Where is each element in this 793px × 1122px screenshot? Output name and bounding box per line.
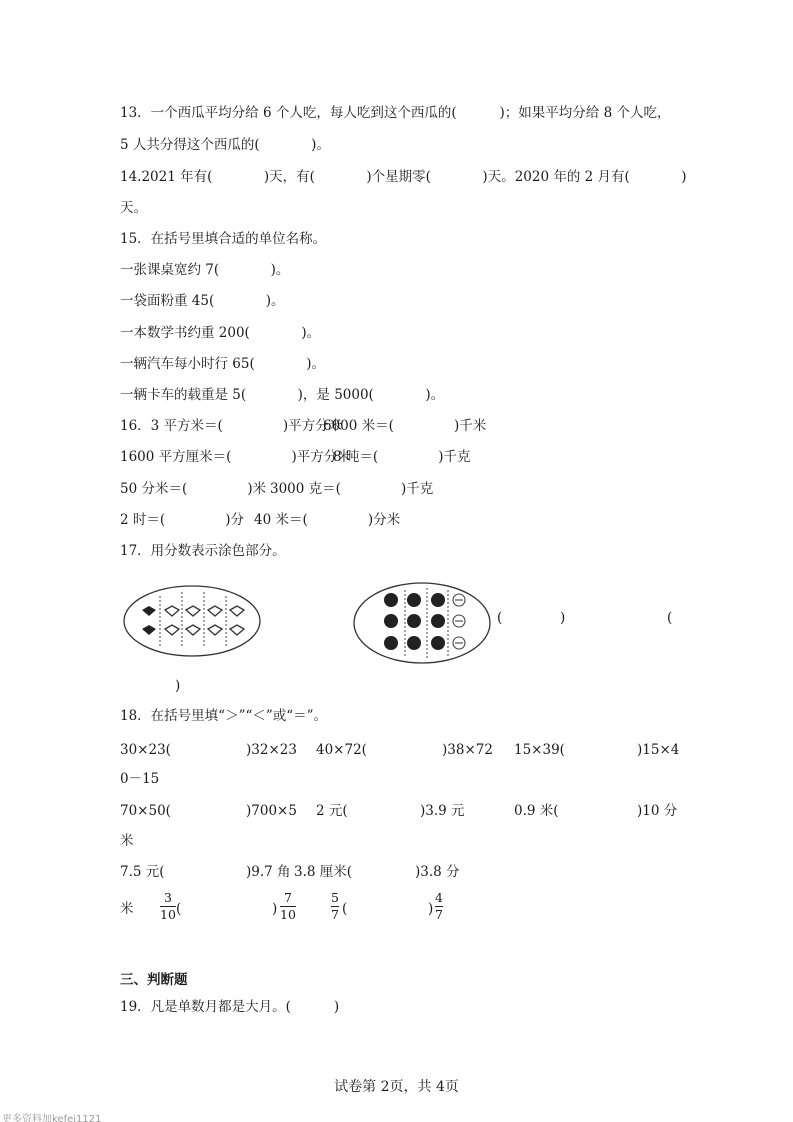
q17-blank1-open: ( [497,609,502,627]
q18-r4-open1: ( [176,900,181,918]
q16-row1-right: 6000 米＝( )千米 [323,417,486,435]
q15-item: 一张课桌宽约 7( )。 [120,261,289,279]
q18-r1-d: )38×72 [442,741,493,759]
q18-r3-d: )3.8 分 [415,863,460,881]
q16-row2-left: 1600 平方厘米＝( )平方分米 [120,448,351,466]
heart-grid-figure [120,582,270,662]
q15-title: 15．在括号里填合适的单位名称。 [120,230,326,248]
q18-title: 18．在括号里填“＞”“＜”或“＝”。 [120,707,327,725]
watermark: 更多资料加kefei1121 [2,1110,102,1122]
q16-row3-left: 50 分米＝( )米 [120,480,266,498]
q15-item: 一本数学书约重 200( )。 [120,324,320,342]
q16-row1-left: 16．3 平方米＝( )平方分米 [120,417,342,435]
q18-r4-close2: ) [428,900,433,918]
q18-r2-f: )10 分 [637,802,677,820]
q16-row3-right: 3000 克＝( )千克 [270,480,433,498]
q16-row4-right: 40 米＝( )分米 [254,511,400,529]
q18-r2-d: )3.9 元 [420,802,465,820]
fraction-4-7: 47 [435,891,443,922]
q19-text: 19．凡是单数月都是大月。( ) [120,998,339,1016]
q18-r1-c: 40×72( [316,741,367,759]
filled-circle-icon [384,593,445,650]
q18-r3-a: 7.5 元( [120,863,165,881]
fraction-3-10: 310 [160,891,176,922]
q18-r1-b: )32×23 [246,741,297,759]
q17-blank2-close: ) [175,677,180,695]
fraction-7-10: 710 [280,891,296,922]
q18-r2-b: )700×5 [246,802,297,820]
q15-item: 一袋面粉重 45( )。 [120,292,285,310]
q18-r2-e: 0.9 米( [514,802,559,820]
q16-row2-right: 8 吨＝( )千克 [333,448,471,466]
smiley-face-icon [453,594,465,649]
q18-r1-wrap: 0－15 [120,770,159,788]
q17-blank1-close: ) [560,609,565,627]
q18-r4-open2: ( [342,900,347,918]
page-footer: 试卷第 2页，共 4页 [0,1076,793,1096]
q14-line2: 天。 [120,199,147,217]
q18-r1-e: 15×39( [514,741,565,759]
q15-item: 一辆汽车每小时行 65( )。 [120,355,325,373]
q17-title: 17．用分数表示涂色部分。 [120,542,286,560]
q13-line1: 13．一个西瓜平均分给 6 个人吃，每人吃到这个西瓜的( )；如果平均分给 8 … [120,104,670,122]
q18-r2-a: 70×50( [120,802,171,820]
dot-grid-figure [350,578,495,668]
q15-item: 一辆卡车的载重是 5( )，是 5000( )。 [120,386,444,404]
q18-r2-c: 2 元( [316,802,348,820]
q18-r4-close1: ) [272,900,277,918]
q18-r1-f: )15×4 [637,741,679,759]
q16-row4-left: 2 时＝( )分 [120,511,244,529]
q14-line1: 14.2021 年有( )天，有( )个星期零( )天。2020 年的 2 月有… [120,168,687,186]
q18-r3-c: 3.8 厘米( [294,863,352,881]
section-3-heading: 三、判断题 [120,971,188,989]
q18-r1-a: 30×23( [120,741,171,759]
q13-line2: 5 人共分得这个西瓜的( )。 [120,136,330,154]
q17-blank2-open: ( [667,609,672,627]
q18-r2-wrap: 米 [120,832,134,850]
q18-r3-b: )9.7 角 [246,863,291,881]
q18-r4-prefix: 米 [120,900,134,918]
heart-icon [142,606,244,635]
fraction-5-7: 57 [331,891,339,922]
